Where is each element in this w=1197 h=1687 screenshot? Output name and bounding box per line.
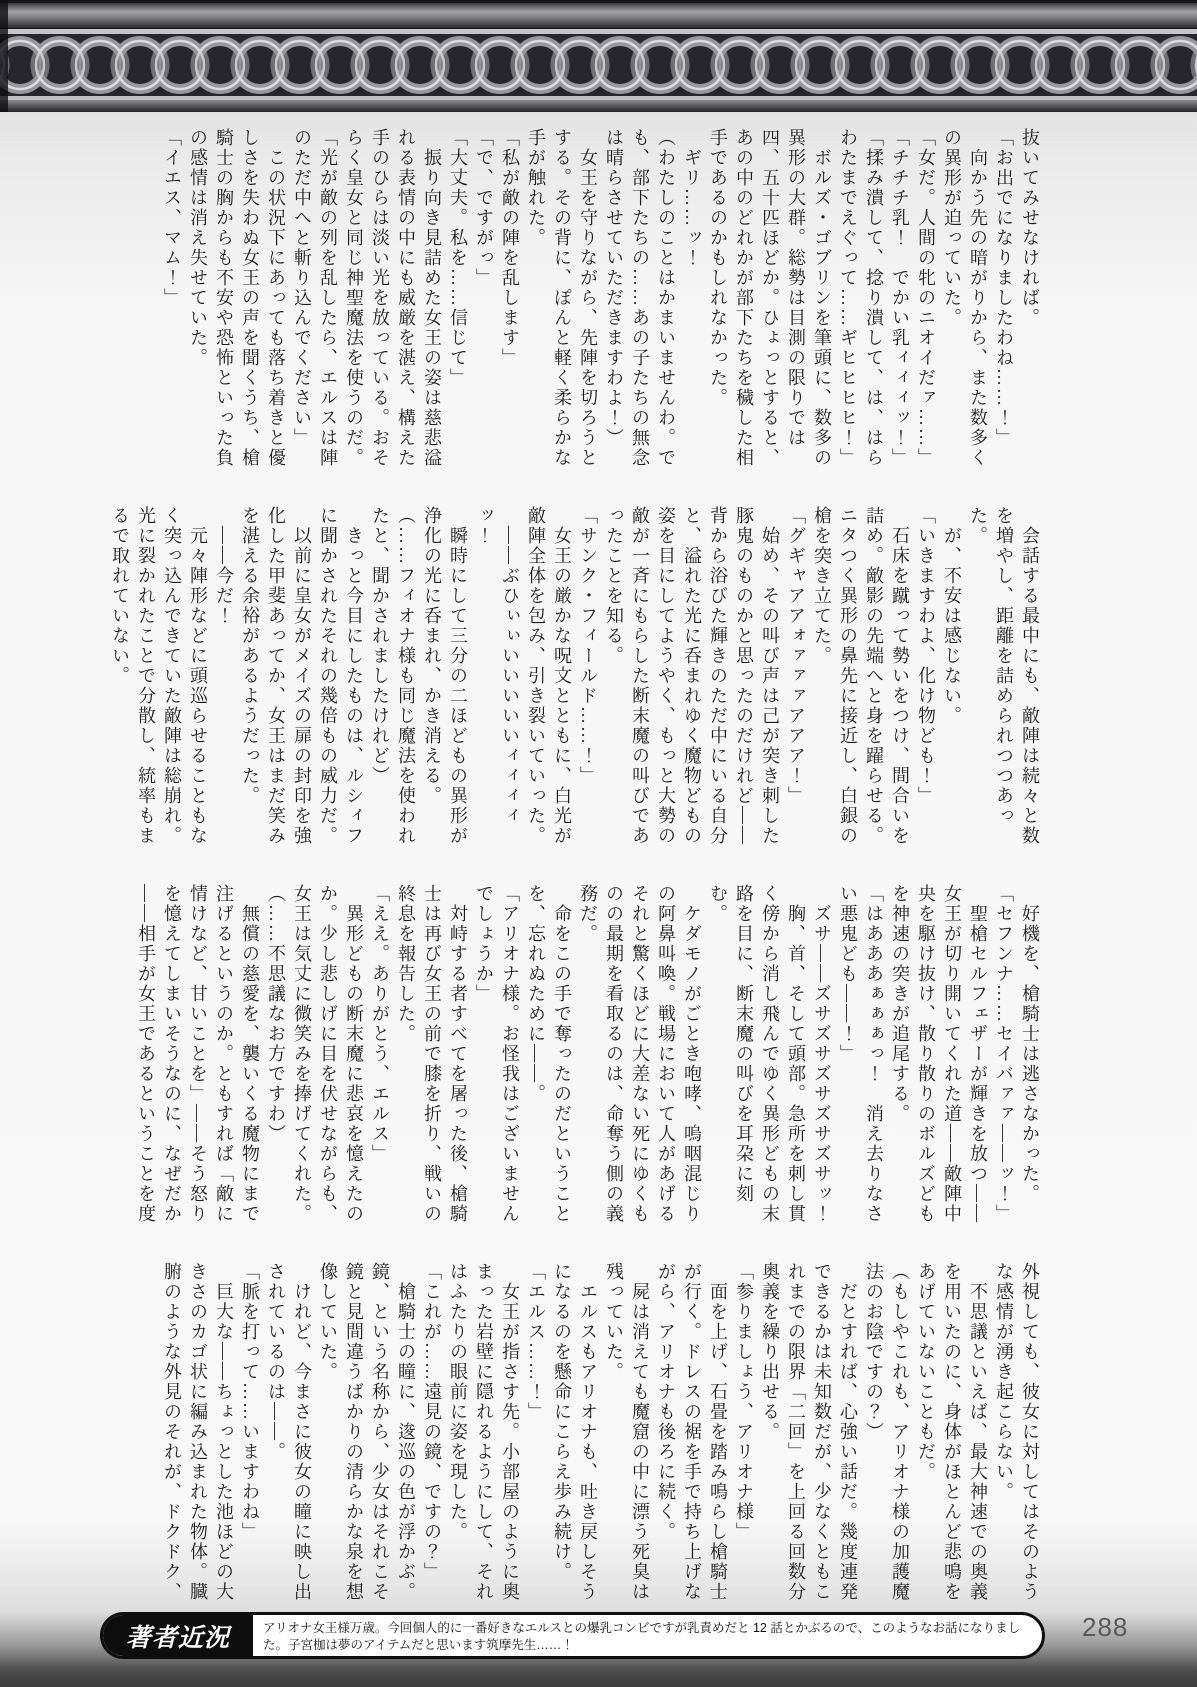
- paragraph: 「揉み潰して、捻り潰して、は、はらわたまでえぐって……ギヒヒヒヒ！」: [835, 128, 887, 468]
- author-note-label: 著者近況: [103, 1615, 253, 1656]
- paragraph: 会話する最中にも、敵陣は続々と数を増やし、距離を詰められつつあった。: [965, 506, 1043, 846]
- paragraph: 「私が敵の陣を乱します」: [497, 128, 523, 468]
- paragraph: 「アリオナ様。お怪我はございませんでしょうか」: [471, 884, 523, 1224]
- paragraph: （わたしのことはかまいませんわ。でも、部下たちの……あの子たちの無念は晴らさせて…: [601, 128, 679, 468]
- paragraph: 命をこの手で奪ったのだということを、忘れぬために――。: [523, 884, 575, 1224]
- paragraph: ――今だ！: [211, 506, 237, 846]
- magazine-page: { "colors":{ "page_bg":"#f6f6f6", "heade…: [0, 0, 1197, 1687]
- paragraph: （もしやこれも、アリオナ様の加護魔法のお陰ですの？）: [861, 1262, 913, 1602]
- text-band-3: 好機を、槍騎士は逃さなかった。「セフンナ……セイバァァ――ッ！」 聖槍セルフェザ…: [153, 884, 1043, 1224]
- paragraph: きっと今目にしたものは、ルシィフに聞かされたそれの幾倍もの威力だ。: [315, 506, 367, 846]
- paragraph: 「これが……遠見の鏡、ですの？」: [419, 1262, 445, 1602]
- paragraph: 向かう先の暗がりから、また数多くの異形が迫っていた。: [939, 128, 991, 468]
- text-band-4: 外視しても、彼女に対してはそのような感情が湧き起こらない。 不思議といえば、最大…: [153, 1262, 1043, 1602]
- paragraph: けれど、今まさに彼女の瞳に映し出されているのは――。: [263, 1262, 315, 1602]
- paragraph: 女王が指さす先。小部屋のように奥まった岩壁に隠れるようにして、それはふたりの眼前…: [445, 1262, 523, 1602]
- paragraph: この状況下にあっても落ち着きと優しさを失わぬ女王の声を聞くうち、槍騎士の胸からも…: [185, 128, 289, 468]
- paragraph: 「サンク・フィールド……！」: [575, 506, 601, 846]
- paragraph: 聖槍セルフェザーが輝きを放つ――女王が切り開いてくれた道――敵陣中央を駆け抜け、…: [887, 884, 991, 1224]
- paragraph: エルスもアリオナも、吐き戻しそうになるのを懸命にこらえ歩み続け。: [549, 1262, 601, 1602]
- paragraph: 瞬時にして三分の二ほどもの異形が浄化の光に呑まれ、かき消える。: [419, 506, 471, 846]
- celtic-knot-border: [0, 0, 1197, 112]
- paragraph: ギリ……ッ！: [679, 128, 705, 468]
- paragraph: 「チチチ乳！ でかい乳ィィィッ！」: [887, 128, 913, 468]
- paragraph: 好機を、槍騎士は逃さなかった。: [1017, 884, 1043, 1224]
- paragraph: 胸、首、そして頭部。急所を刺し貫く傍から消し飛んでゆく異形どもの末路を目に、断末…: [705, 884, 809, 1224]
- text-band-2: 会話する最中にも、敵陣は続々と数を増やし、距離を詰められつつあった。 が、不安は…: [153, 506, 1043, 846]
- paragraph: だとすれば、心強い話だ。幾度連発できるかは未知数だが、少なくともこれまでの限界「…: [757, 1262, 861, 1602]
- paragraph: ズサ――ズサズサズサズサズサッ！: [809, 884, 835, 1224]
- paragraph: （……不思議なお方ですわ）: [263, 884, 289, 1224]
- paragraph: 「グギャアアォァァァアアア！」: [783, 506, 809, 846]
- paragraph: 「イエス、マム！」: [159, 128, 185, 468]
- paragraph: 始め、その叫び声は己が突き刺した豚鬼のものかと思ったのだけれど――背から浴びた輝…: [601, 506, 783, 846]
- novel-text-area: 抜いてみせなければ。「お出でになりましたわね……！」 向かう先の暗がりから、また…: [153, 128, 1043, 1640]
- paragraph: 抜いてみせなければ。: [1017, 128, 1043, 468]
- paragraph: 異形どもの断末魔に悲哀を憶えたのか。少し悲しげに目を伏せながらも、女王は気丈に微…: [289, 884, 367, 1224]
- paragraph: 「光が敵の列を乱したら、エルスは陣のただ中へと斬り込んでください」: [289, 128, 341, 468]
- author-note-bar: 著者近況 アリオナ女王様万歳。今回個人的に一番好きなエルスとの爆乳コンビですが乳…: [100, 1612, 1045, 1659]
- paragraph: 女王を守りながら、先陣を切ろうとする。その背に、ぽんと軽く柔らかな手が触れた。: [523, 128, 601, 468]
- text-band-1: 抜いてみせなければ。「お出でになりましたわね……！」 向かう先の暗がりから、また…: [153, 128, 1043, 468]
- paragraph: ケダモノがごとき咆哮、嗚咽混じりの阿鼻叫喚。戦場において人があげるそれと驚くほど…: [575, 884, 705, 1224]
- paragraph: ボルズ・ゴブリンを筆頭に、数多の異形の大群。総勢は目測の限りでは四、五十匹ほどか…: [705, 128, 835, 468]
- paragraph: 無償の慈愛を、襲いくる魔物にまで注げるというのか。ともすれば「敵に情けなど、甘い…: [133, 884, 263, 1224]
- paragraph: 「お出でになりましたわね……！」: [991, 128, 1017, 468]
- paragraph: 巨大な――ちょっとした池ほどの大きさのカゴ状に編み込まれた物体。臓腑のような外見…: [159, 1262, 237, 1602]
- paragraph: 「エルス……！」: [523, 1262, 549, 1602]
- paragraph: が、不安は感じない。: [939, 506, 965, 846]
- paragraph: 元々陣形などに頭巡らせることもなく突っ込んできていた敵陣は総崩れ。光に裂かれたこ…: [107, 506, 211, 846]
- paragraph: 「で、ですがっ」: [471, 128, 497, 468]
- paragraph: 面を上げ、石畳を踏み鳴らし槍騎士が行く。ドレスの裾を手で持ち上げながら、アリオナ…: [653, 1262, 731, 1602]
- author-note-text: アリオナ女王様万歳。今回個人的に一番好きなエルスとの爆乳コンビですが乳責めだと …: [253, 1615, 1042, 1656]
- celtic-knot-svg: [0, 0, 1197, 112]
- paragraph: 「大丈夫。私を……信じて」: [445, 128, 471, 468]
- paragraph: ――ぶひぃぃいいいいいィィィィッ！: [471, 506, 523, 846]
- paragraph: 「セフンナ……セイバァァ――ッ！」: [991, 884, 1017, 1224]
- paragraph: 外視しても、彼女に対してはそのような感情が湧き起こらない。: [991, 1262, 1043, 1602]
- paragraph: 「参りましょう、アリオナ様」: [731, 1262, 757, 1602]
- paragraph: 対峙する者すべてを屠った後、槍騎士は再び女王の前で膝を折り、戦いの終息を報告した…: [393, 884, 471, 1224]
- paragraph: 振り向き見詰めた女王の姿は慈悲溢れる表情の中にも威厳を湛え、構えた手のひらは淡い…: [341, 128, 445, 468]
- paragraph: 以前に皇女がメイズの扉の封印を強化した甲斐あってか、女王はまだ笑みを湛える余裕が…: [237, 506, 315, 846]
- paragraph: 「ええ。ありがとう、エルス」: [367, 884, 393, 1224]
- paragraph: 屍は消えても魔窟の中に漂う死臭は残っていた。: [601, 1262, 653, 1602]
- paragraph: （……フィオナ様も同じ魔法を使われたと、聞かされましたけれど）: [367, 506, 419, 846]
- paragraph: 女王の厳かな呪文とともに、白光が敵陣全体を包み、引き裂いていった。: [523, 506, 575, 846]
- page-number: 288: [1082, 1612, 1128, 1643]
- paragraph: 「はあああぁぁぁっ！ 消え去りなさい悪鬼ども――！」: [835, 884, 887, 1224]
- paragraph: 「いきますわよ、化け物ども！」: [913, 506, 939, 846]
- paragraph: 槍騎士の瞳に、逡巡の色が浮かぶ。鏡、という名称から、少女はそれこそ鏡と見間違うば…: [315, 1262, 419, 1602]
- paragraph: 「脈を打って……いますわね」: [237, 1262, 263, 1602]
- paragraph: 不思議といえば、最大神速での奥義を用いたのに、身体がほとんど悲鳴をあげていないこ…: [913, 1262, 991, 1602]
- paragraph: 石床を蹴って勢いをつけ、間合いを詰め。敵影の先端へと身を躍らせる。ニタつく異形の…: [809, 506, 913, 846]
- paragraph: 「女だ。人間の牝のニオイだァ……」: [913, 128, 939, 468]
